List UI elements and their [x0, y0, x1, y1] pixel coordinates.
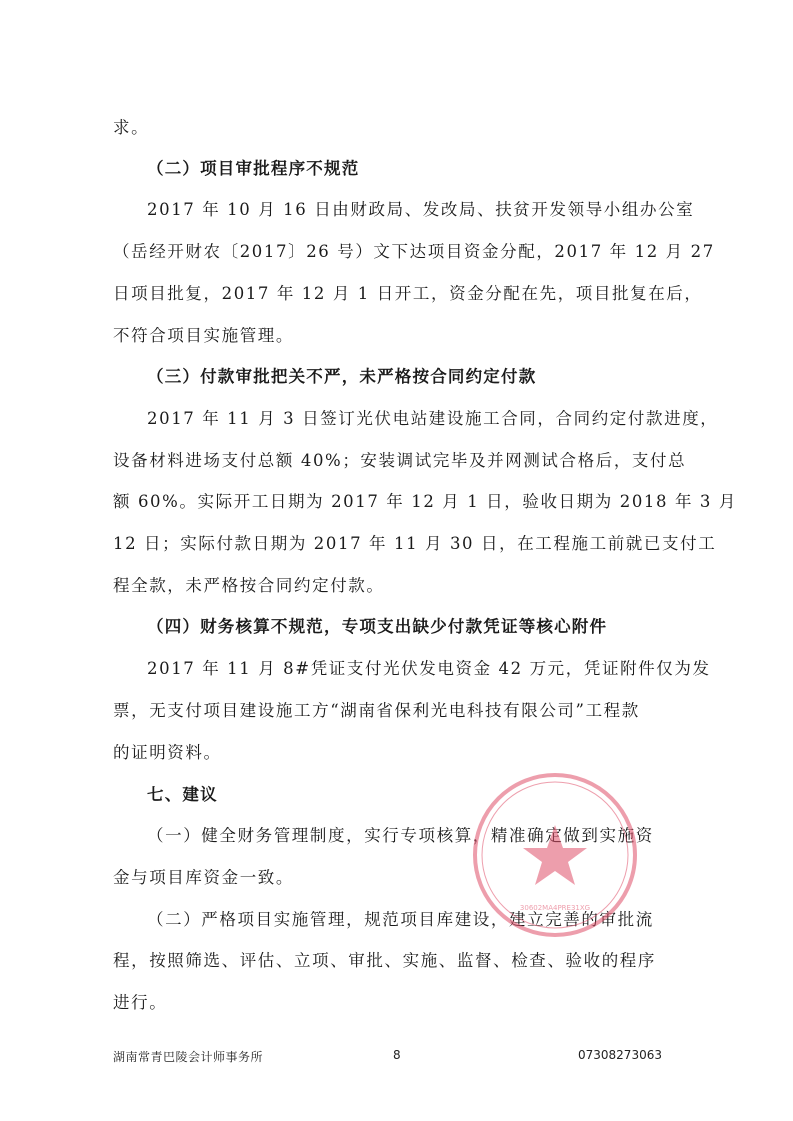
paragraph-line: 12 日；实际付款日期为 2017 年 11 月 30 日，在工程施工前就已支付… [113, 534, 716, 554]
paragraph-line: 2017 年 11 月 3 日签订光伏电站建设施工合同，合同约定付款进度， [147, 409, 718, 429]
paragraph-line: 额 60%。实际开工日期为 2017 年 12 月 1 日，验收日期为 2018… [113, 492, 737, 512]
document-page: 求。（二）项目审批程序不规范2017 年 10 月 16 日由财政局、发改局、扶… [0, 0, 793, 1121]
paragraph-line: 程全款，未严格按合同约定付款。 [113, 576, 385, 596]
paragraph-line: （岳经开财农〔2017〕26 号）文下达项目资金分配，2017 年 12 月 2… [113, 242, 715, 262]
paragraph-line: 进行。 [113, 993, 167, 1013]
paragraph-line: （一）健全财务管理制度，实行专项核算，精准确定做到实施资 [147, 826, 654, 846]
paragraph-line: 票，无支付项目建设施工方“湖南省保利光电科技有限公司”工程款 [113, 701, 640, 721]
paragraph-line: 不符合项目实施管理。 [113, 326, 294, 346]
paragraph-line: 2017 年 10 月 16 日由财政局、发改局、扶贫开发领导小组办公室 [147, 200, 694, 220]
paragraph-line: 日项目批复，2017 年 12 月 1 日开工，资金分配在先，项目批复在后， [113, 284, 703, 304]
paragraph-line: 金与项目库资金一致。 [113, 868, 294, 888]
footer-page-number: 8 [393, 1048, 401, 1062]
paragraph-line: 2017 年 11 月 8#凭证支付光伏发电资金 42 万元，凭证附件仅为发 [147, 659, 711, 679]
paragraph-line: 求。 [113, 118, 149, 138]
section-heading: 七、建议 [147, 785, 218, 805]
footer-phone: 07308273063 [578, 1048, 662, 1062]
paragraph-line: （二）严格项目实施管理，规范项目库建设，建立完善的审批流 [147, 910, 654, 930]
footer-firm-name: 湖南常青巴陵会计师事务所 [113, 1048, 263, 1065]
paragraph-line: 程，按照筛选、评估、立项、审批、实施、监督、检查、验收的程序 [113, 951, 656, 971]
paragraph-line: 设备材料进场支付总额 40%；安装调试完毕及并网测试合格后，支付总 [113, 451, 686, 471]
paragraph-line: 的证明资料。 [113, 743, 222, 763]
section-heading: （二）项目审批程序不规范 [147, 159, 359, 179]
section-heading: （三）付款审批把关不严，未严格按合同约定付款 [147, 367, 536, 387]
section-heading: （四）财务核算不规范，专项支出缺少付款凭证等核心附件 [147, 617, 607, 637]
